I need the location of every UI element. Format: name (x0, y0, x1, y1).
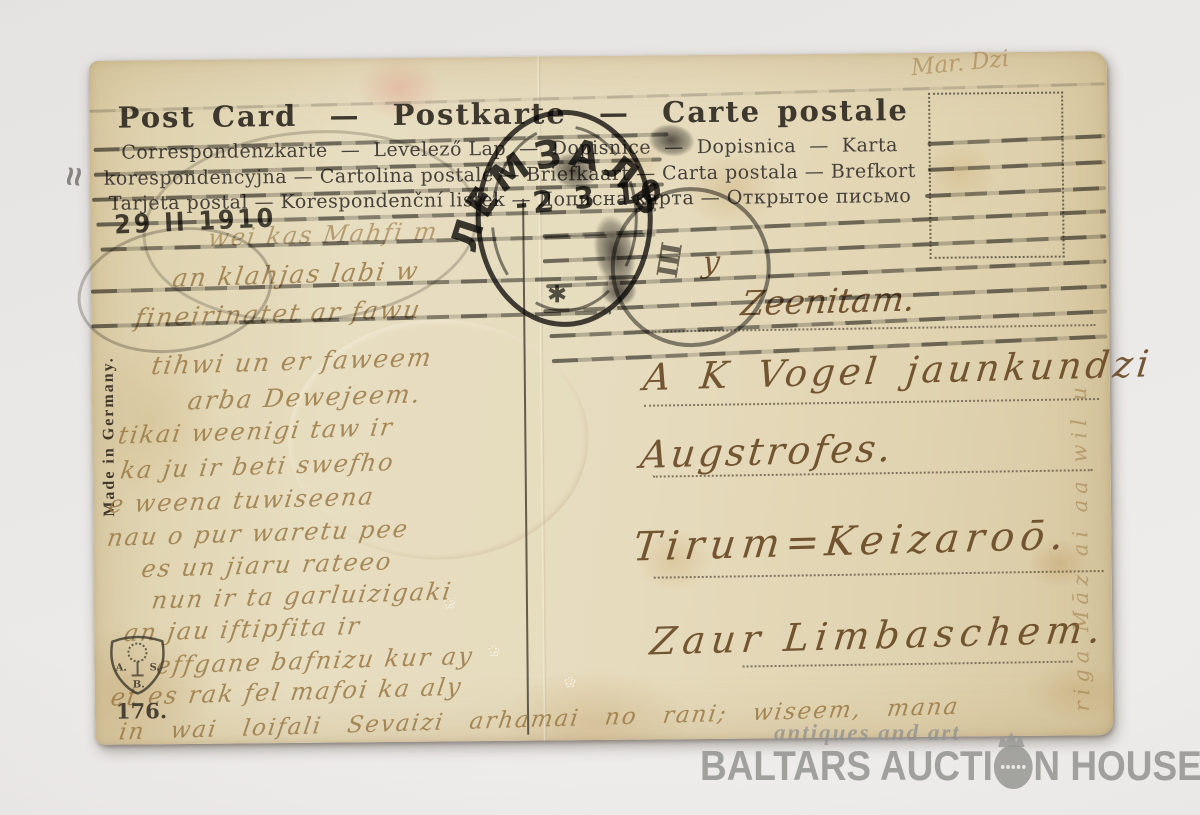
watermark-logo-dots (1001, 765, 1005, 769)
publisher-shield-logo: A. S. B. (104, 634, 171, 697)
shield-letter: A. (115, 663, 127, 674)
postmark-ornament: ✱ (547, 281, 567, 308)
message-line: nau o pur waretu pee (105, 515, 411, 552)
pencil-note-top-right: Mar. Dzi (910, 46, 1010, 81)
watermark-brand: BALTARS AUCTIN HOUSE (700, 742, 1200, 790)
address-dotted-line (654, 570, 1104, 579)
watermark-brand-prefix: BALTARS AUCTI (700, 742, 993, 790)
address-line: Zaur Limbaschem. (648, 607, 1109, 663)
embossed-flower-icon: ❀ (486, 641, 499, 659)
watermark-gavel-logo-icon (994, 745, 1033, 789)
message-line: es un jiaru rateeo (140, 547, 395, 583)
message-line: nun ir ta garluizigaki (150, 577, 454, 614)
shield-tree-trunk (132, 661, 144, 675)
shield-letter: S. (150, 662, 160, 673)
auction-photo: ❀ ❀ ❀ Post Card — Postkarte — Carte post… (0, 0, 1200, 815)
address-line: Augstrofes. (638, 426, 896, 477)
postcard-back: ❀ ❀ ❀ Post Card — Postkarte — Carte post… (89, 51, 1114, 745)
auction-house-watermark: antiques and art BALTARS AUCTIN HOUSE (700, 720, 1200, 790)
shield-tree-foliage (128, 643, 146, 661)
stamp-box (928, 92, 1065, 259)
postmark-squiggle: ≈ (53, 166, 93, 188)
address-dotted-line (644, 398, 1099, 407)
ink-smudge (596, 271, 642, 311)
second-postmark-letter: Ш (649, 240, 687, 280)
embossed-flower-icon: ❀ (563, 672, 576, 690)
address-line: Tirum=Keizaroō. (631, 513, 1072, 571)
shield-letter: B. (133, 679, 145, 690)
address-dotted-line (743, 661, 1073, 668)
publisher-number: 176. (116, 698, 167, 723)
watermark-brand-suffix: N HOUSE (1033, 742, 1200, 790)
made-in-germany-label: Made in Germany. (99, 317, 119, 517)
